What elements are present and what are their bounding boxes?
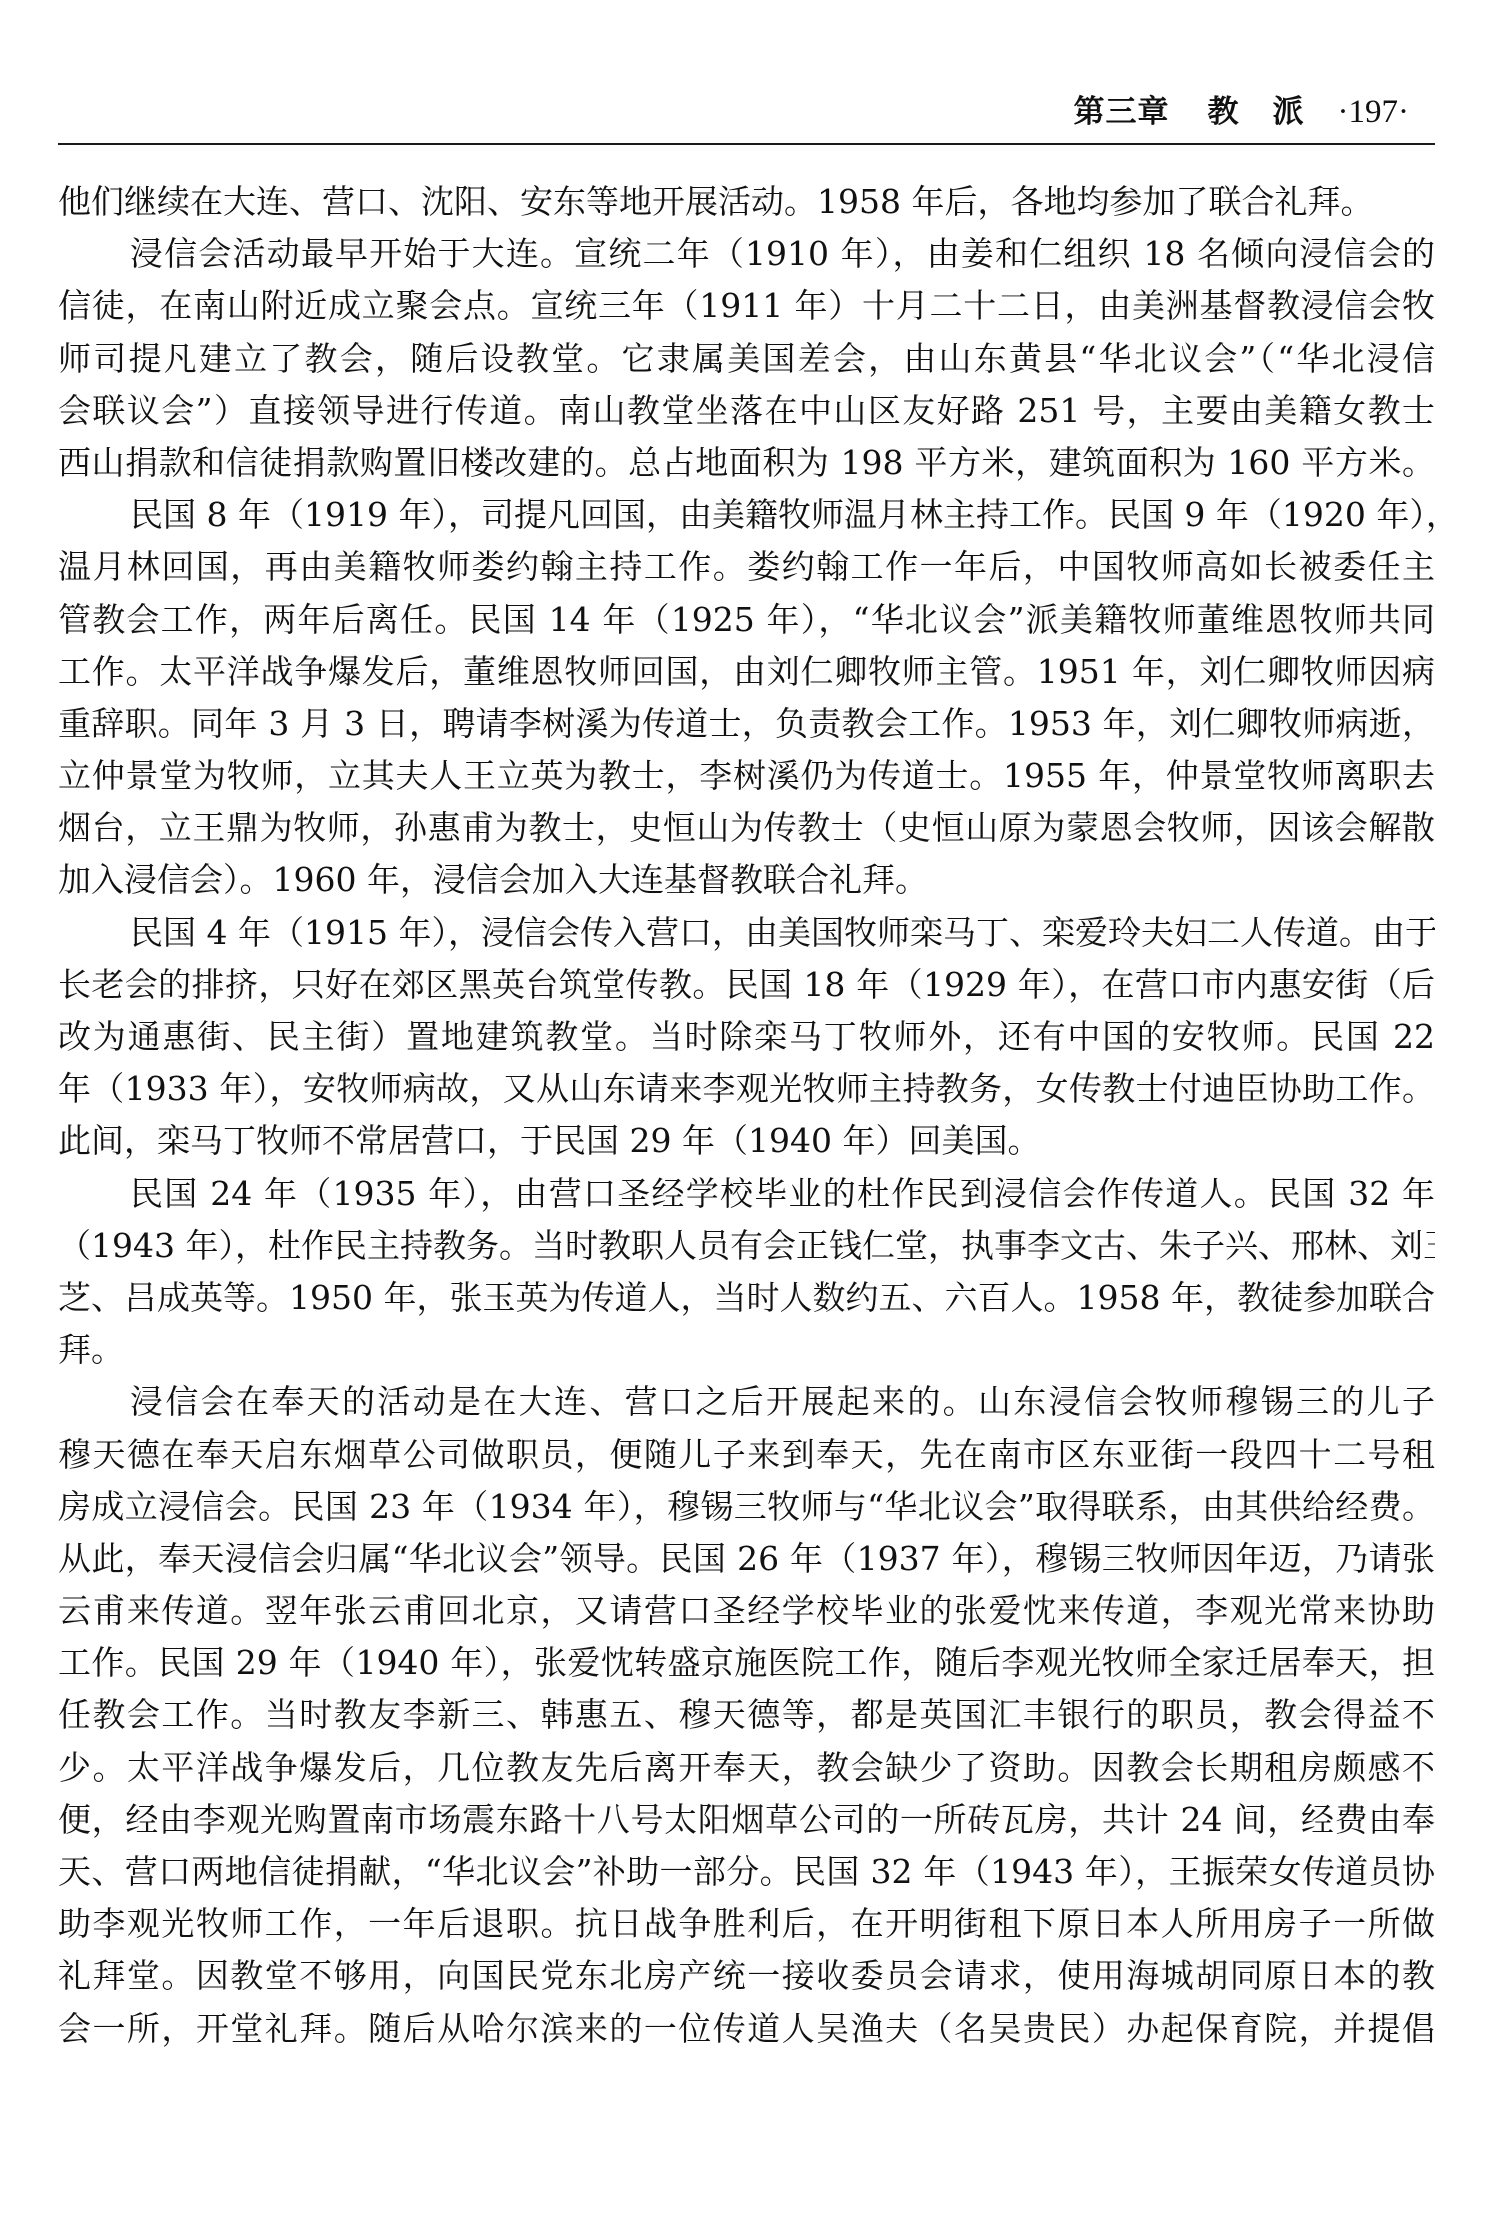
text-line: 从此，奉天浸信会归属“华北议会”领导。民国 26 年（1937 年），穆锡三牧师… (58, 1533, 1435, 1585)
text-line: 改为通惠街、民主街）置地建筑教堂。当时除栾马丁牧师外，还有中国的安牧师。民国 2… (58, 1011, 1435, 1063)
text-line: 芝、吕成英等。1950 年，张玉英为传道人，当时人数约五、六百人。1958 年，… (58, 1272, 1435, 1324)
text-line: 浸信会活动最早开始于大连。宣统二年（1910 年），由姜和仁组织 18 名倾向浸… (58, 228, 1435, 280)
text-line: 他们继续在大连、营口、沈阳、安东等地开展活动。1958 年后，各地均参加了联合礼… (58, 176, 1435, 228)
text-line: 助李观光牧师工作，一年后退职。抗日战争胜利后，在开明街租下原日本人所用房子一所做 (58, 1898, 1435, 1950)
text-line: 信徒，在南山附近成立聚会点。宣统三年（1911 年）十月二十二日，由美洲基督教浸… (58, 280, 1435, 332)
running-header: 第三章 教派 ·197· (58, 88, 1435, 132)
text-line: 烟台，立王鼎为牧师，孙惠甫为教士，史恒山为传教士（史恒山原为蒙恩会牧师，因该会解… (58, 802, 1435, 854)
text-line: 民国 8 年（1919 年），司提凡回国，由美籍牧师温月林主持工作。民国 9 年… (58, 489, 1435, 541)
text-line: 温月林回国，再由美籍牧师娄约翰主持工作。娄约翰工作一年后，中国牧师高如长被委任主 (58, 541, 1435, 593)
text-line: 年（1933 年），安牧师病故，又从山东请来李观光牧师主持教务，女传教士付迪臣协… (58, 1063, 1435, 1115)
text-line: 工作。太平洋战争爆发后，董维恩牧师回国，由刘仁卿牧师主管。1951 年，刘仁卿牧… (58, 646, 1435, 698)
text-line: 房成立浸信会。民国 23 年（1934 年），穆锡三牧师与“华北议会”取得联系，… (58, 1481, 1435, 1533)
page-number: ·197· (1338, 92, 1435, 132)
paragraph-yingkou: 民国 4 年（1915 年），浸信会传入营口，由美国牧师栾马丁、栾爱玲夫妇二人传… (58, 907, 1435, 1168)
text-line: 立仲景堂为牧师，立其夫人王立英为教士，李树溪仍为传道士。1955 年，仲景堂牧师… (58, 750, 1435, 802)
book-page: 第三章 教派 ·197· 他们继续在大连、营口、沈阳、安东等地开展活动。1958… (0, 0, 1500, 2220)
paragraph-dalian-history: 民国 8 年（1919 年），司提凡回国，由美籍牧师温月林主持工作。民国 9 年… (58, 489, 1435, 907)
text-line: 少。太平洋战争爆发后，几位教友先后离开奉天，教会缺少了资助。因教会长期租房颇感不 (58, 1742, 1435, 1794)
text-line: 加入浸信会）。1960 年，浸信会加入大连基督教联合礼拜。 (58, 854, 1435, 906)
text-line: 师司提凡建立了教会，随后设教堂。它隶属美国差会，由山东黄县“华北议会”（“华北浸… (58, 333, 1435, 385)
text-line: 此间，栾马丁牧师不常居营口，于民国 29 年（1940 年）回美国。 (58, 1115, 1435, 1167)
text-line: 任教会工作。当时教友李新三、韩惠五、穆天德等，都是英国汇丰银行的职员，教会得益不 (58, 1689, 1435, 1741)
text-line: 民国 24 年（1935 年），由营口圣经学校毕业的杜作民到浸信会作传道人。民国… (58, 1168, 1435, 1220)
text-line: 重辞职。同年 3 月 3 日，聘请李树溪为传道士，负责教会工作。1953 年，刘… (58, 698, 1435, 750)
text-line: 拜。 (58, 1324, 1435, 1376)
text-line: 管教会工作，两年后离任。民国 14 年（1925 年），“华北议会”派美籍牧师董… (58, 594, 1435, 646)
text-line: 浸信会在奉天的活动是在大连、营口之后开展起来的。山东浸信会牧师穆锡三的儿子 (58, 1376, 1435, 1428)
header-rule-divider (58, 143, 1435, 145)
text-line: 礼拜堂。因教堂不够用，向国民党东北房产统一接收委员会请求，使用海城胡同原日本的教 (58, 1950, 1435, 2002)
text-line: 天、营口两地信徒捐献，“华北议会”补助一部分。民国 32 年（1943 年），王… (58, 1846, 1435, 1898)
text-line: 会一所，开堂礼拜。随后从哈尔滨来的一位传道人吴渔夫（名吴贵民）办起保育院，并提倡 (58, 2003, 1435, 2055)
body-text: 他们继续在大连、营口、沈阳、安东等地开展活动。1958 年后，各地均参加了联合礼… (58, 176, 1435, 2055)
text-line: （1943 年），杜作民主持教务。当时教职人员有会正钱仁堂，执事李文古、朱子兴、… (58, 1220, 1435, 1272)
paragraph-continuation: 他们继续在大连、营口、沈阳、安东等地开展活动。1958 年后，各地均参加了联合礼… (58, 176, 1435, 228)
text-line: 工作。民国 29 年（1940 年），张爱忱转盛京施医院工作，随后李观光牧师全家… (58, 1637, 1435, 1689)
text-line: 便，经由李观光购置南市场震东路十八号太阳烟草公司的一所砖瓦房，共计 24 间，经… (58, 1794, 1435, 1846)
section-title: 教派 (1208, 92, 1338, 132)
paragraph-yingkou-later: 民国 24 年（1935 年），由营口圣经学校毕业的杜作民到浸信会作传道人。民国… (58, 1168, 1435, 1377)
text-line: 会联议会”）直接领导进行传道。南山教堂坐落在中山区友好路 251 号，主要由美籍… (58, 385, 1435, 437)
text-line: 长老会的排挤，只好在郊区黑英台筑堂传教。民国 18 年（1929 年），在营口市… (58, 959, 1435, 1011)
text-line: 民国 4 年（1915 年），浸信会传入营口，由美国牧师栾马丁、栾爱玲夫妇二人传… (58, 907, 1435, 959)
text-line: 西山捐款和信徒捐款购置旧楼改建的。总占地面积为 198 平方米，建筑面积为 16… (58, 437, 1435, 489)
text-line: 穆天德在奉天启东烟草公司做职员，便随儿子来到奉天，先在南市区东亚街一段四十二号租 (58, 1429, 1435, 1481)
paragraph-fengtian: 浸信会在奉天的活动是在大连、营口之后开展起来的。山东浸信会牧师穆锡三的儿子 穆天… (58, 1376, 1435, 2054)
chapter-title: 第三章 (1074, 92, 1170, 132)
text-line: 云甫来传道。翌年张云甫回北京，又请营口圣经学校毕业的张爱忱来传道，李观光常来协助 (58, 1585, 1435, 1637)
paragraph-dalian-origin: 浸信会活动最早开始于大连。宣统二年（1910 年），由姜和仁组织 18 名倾向浸… (58, 228, 1435, 489)
